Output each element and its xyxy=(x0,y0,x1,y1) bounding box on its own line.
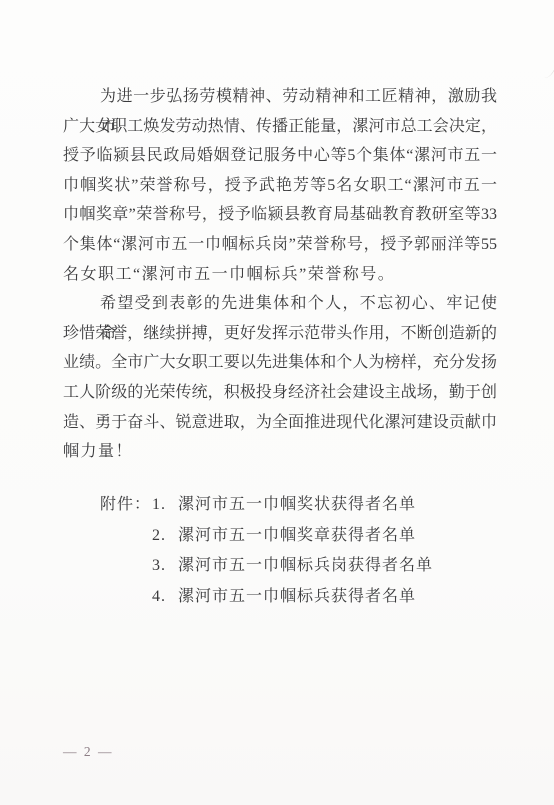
page-number: — 2 — xyxy=(63,744,114,760)
attachment-item: 2. 漯河市五一巾帼奖章获得者名单 xyxy=(63,521,503,552)
attachment-indent xyxy=(63,521,100,552)
body-text-line: 希望受到表彰的先进集体和个人，不忘初心、牢记使命， xyxy=(63,289,497,319)
attachment-item: 4. 漯河市五一巾帼标兵获得者名单 xyxy=(63,582,503,613)
body-text-line: 名女职工“漯河市五一巾帼标兵”荣誉称号。 xyxy=(63,260,497,290)
body-text-line: 巾帼奖状”荣誉称号，授予武艳芳等5名女职工“漯河市五一 xyxy=(63,171,497,201)
body-text-line: 巾帼奖章”荣誉称号，授予临颍县教育局基础教育教研室等33 xyxy=(63,200,497,230)
attachments-label-spacer xyxy=(100,551,152,582)
attachment-indent xyxy=(63,582,100,613)
attachment-indent xyxy=(63,551,100,582)
scanned-document-page: 为进一步弘扬劳模精神、劳动精神和工匠精神，激励我市 广大女职工焕发劳动热情、传播… xyxy=(0,0,554,805)
attachment-number: 3. xyxy=(152,551,178,582)
body-text-line: 工人阶级的光荣传统，积极投身经济社会建设主战场，勤于创 xyxy=(63,378,497,408)
attachment-title: 漯河市五一巾帼奖状获得者名单 xyxy=(178,490,503,521)
attachment-number: 1. xyxy=(152,490,178,521)
body-text-line: 为进一步弘扬劳模精神、劳动精神和工匠精神，激励我市 xyxy=(63,82,497,112)
body-text-line: 造、勇于奋斗、锐意进取，为全面推进现代化漯河建设贡献巾 xyxy=(63,408,497,438)
attachment-item: 附件： 1. 漯河市五一巾帼奖状获得者名单 xyxy=(63,490,503,521)
attachment-number: 4. xyxy=(152,582,178,613)
attachments-label-spacer xyxy=(100,521,152,552)
body-text-line: 个集体“漯河市五一巾帼标兵岗”荣誉称号，授予郭丽洋等55 xyxy=(63,230,497,260)
attachments-list: 附件： 1. 漯河市五一巾帼奖状获得者名单 2. 漯河市五一巾帼奖章获得者名单 … xyxy=(63,490,503,612)
attachment-item: 3. 漯河市五一巾帼标兵岗获得者名单 xyxy=(63,551,503,582)
attachments-label-spacer xyxy=(100,582,152,613)
attachment-title: 漯河市五一巾帼奖章获得者名单 xyxy=(178,521,503,552)
body-text-line: 授予临颍县民政局婚姻登记服务中心等5个集体“漯河市五一 xyxy=(63,141,497,171)
attachments-label: 附件： xyxy=(100,490,152,521)
body-text-line: 珍惜荣誉，继续拼搏，更好发挥示范带头作用，不断创造新的 xyxy=(63,319,497,349)
body-text-line: 广大女职工焕发劳动热情、传播正能量，漯河市总工会决定， xyxy=(63,112,497,142)
scan-edge-artifact xyxy=(537,26,554,78)
body-text-line: 业绩。全市广大女职工要以先进集体和个人为榜样，充分发扬 xyxy=(63,348,497,378)
attachment-title: 漯河市五一巾帼标兵岗获得者名单 xyxy=(178,551,503,582)
attachment-title: 漯河市五一巾帼标兵获得者名单 xyxy=(178,582,503,613)
attachment-number: 2. xyxy=(152,521,178,552)
document-body: 为进一步弘扬劳模精神、劳动精神和工匠精神，激励我市 广大女职工焕发劳动热情、传播… xyxy=(63,82,497,467)
attachment-indent xyxy=(63,490,100,521)
body-text-line: 帼力量！ xyxy=(63,437,497,467)
